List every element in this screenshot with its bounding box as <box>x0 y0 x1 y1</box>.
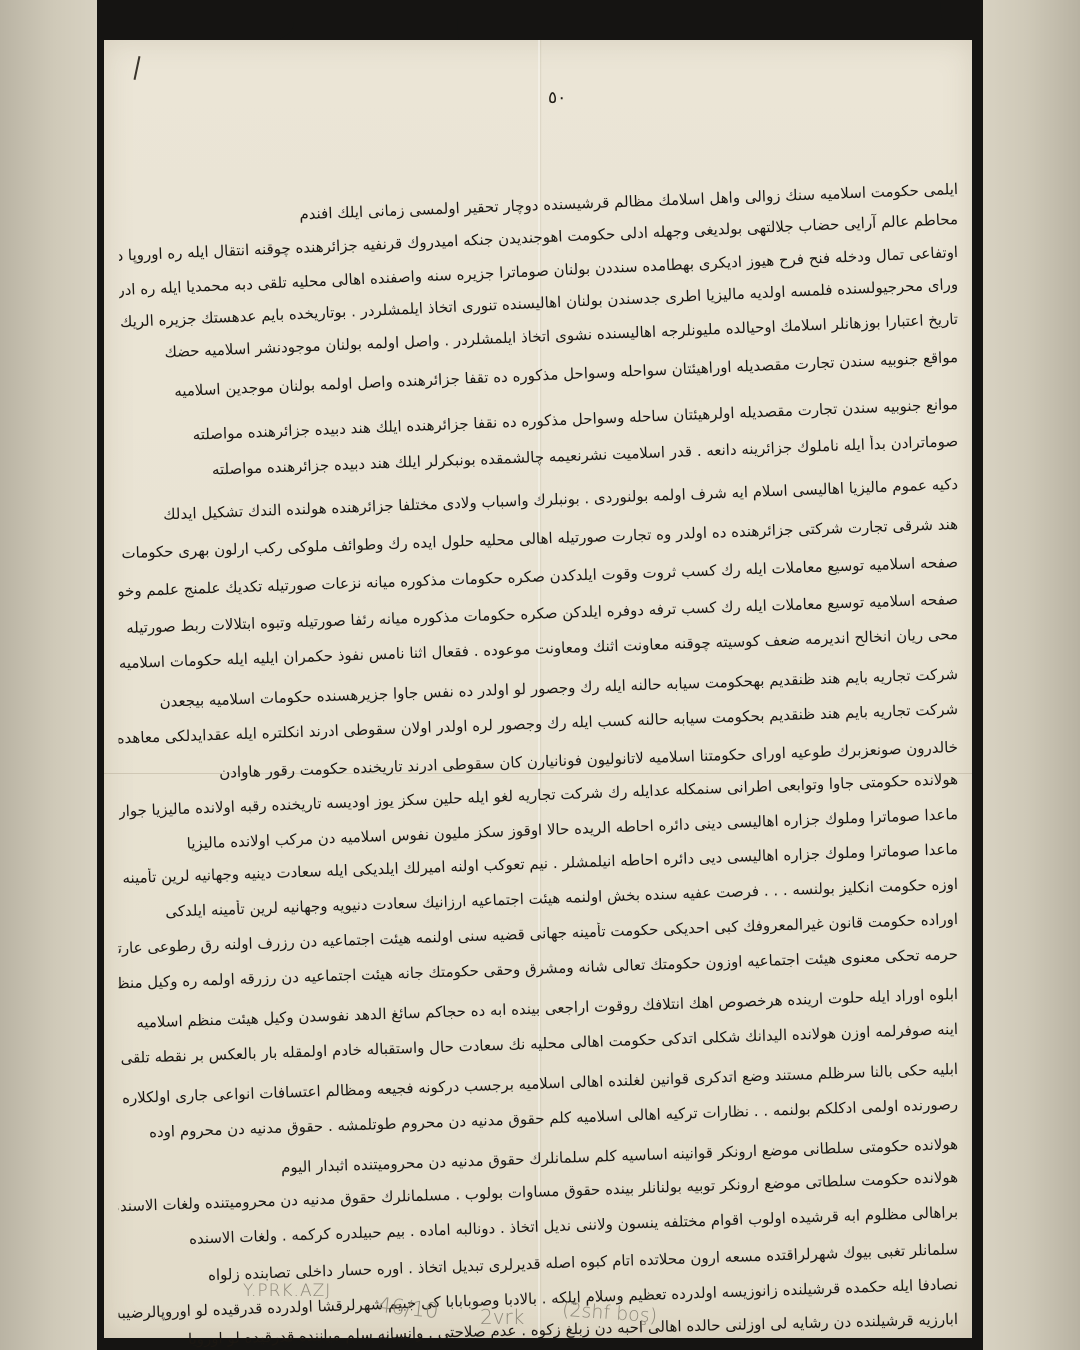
archive-collection-code: Y.PRK.AZJ <box>243 1281 331 1301</box>
torn-edge <box>104 0 294 42</box>
archive-leaf-count: 2vrk <box>480 1305 524 1329</box>
page-number: ٥٠ <box>548 88 566 108</box>
